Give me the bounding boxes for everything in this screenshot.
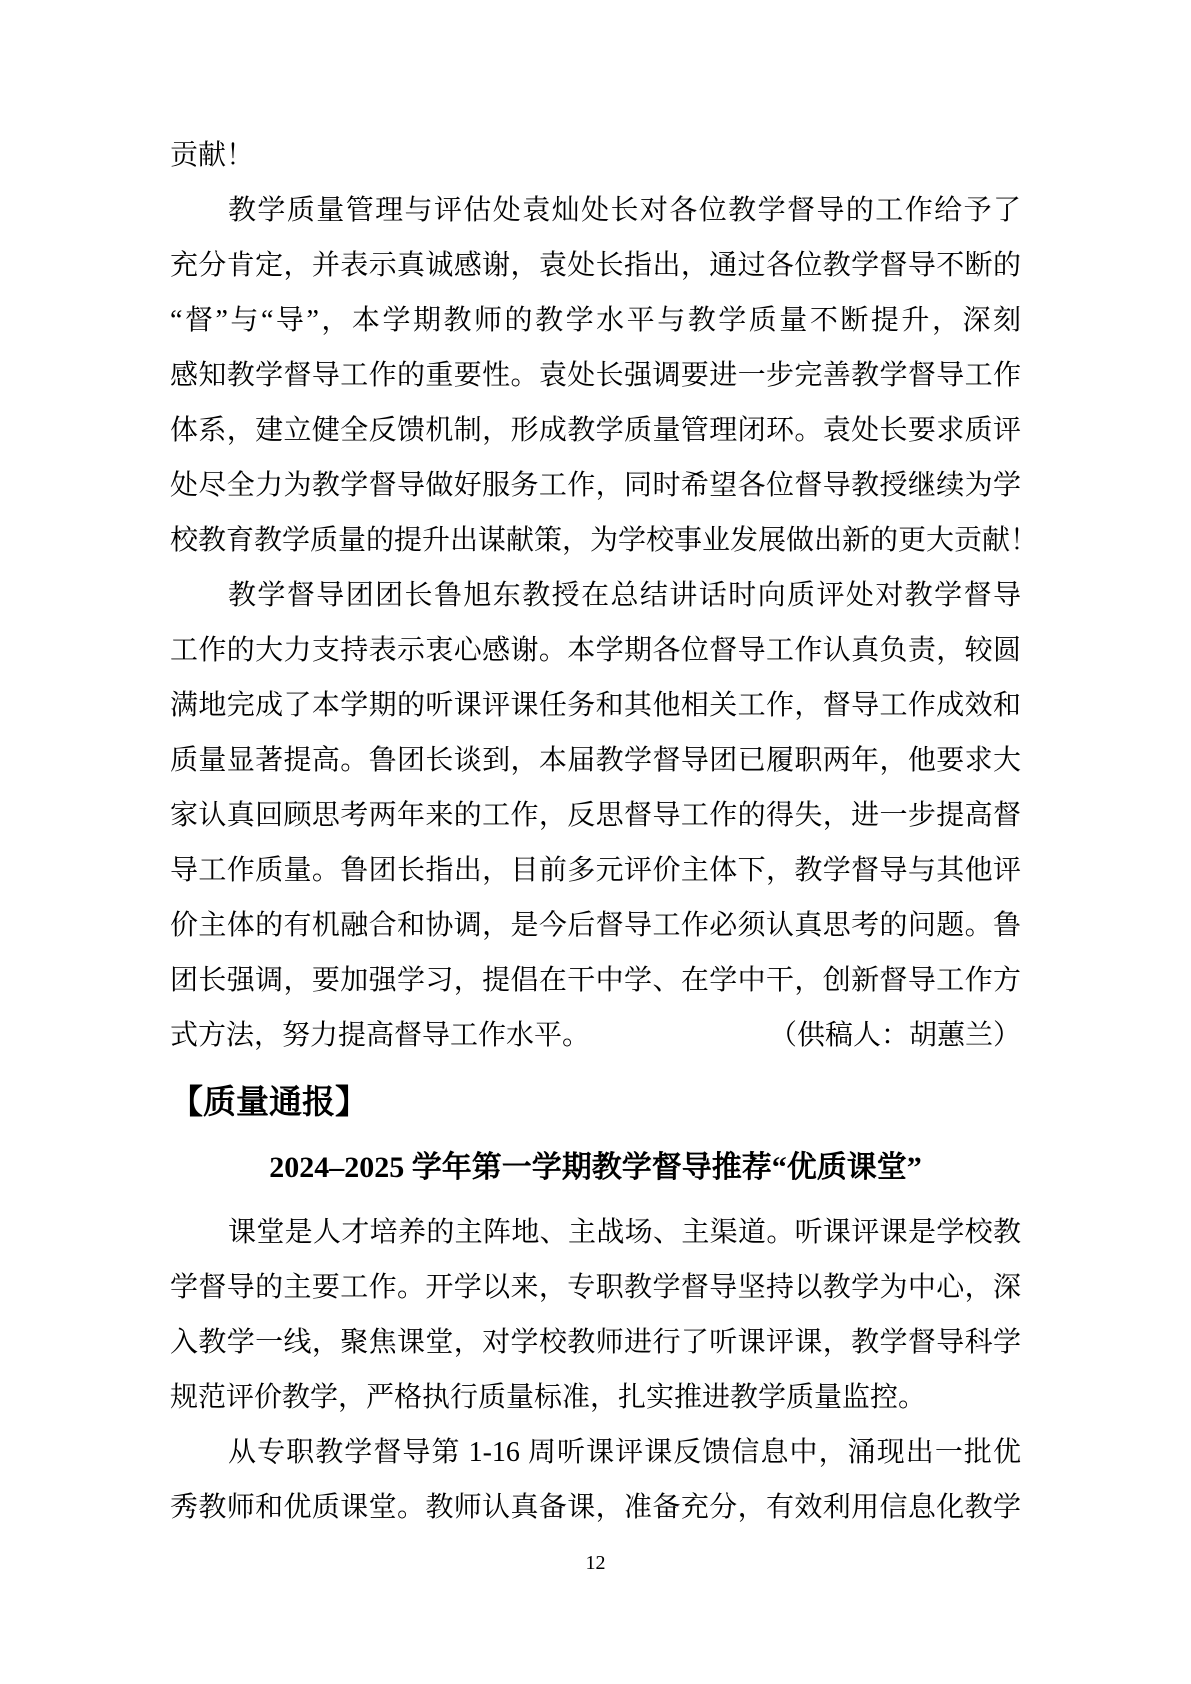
body-line: 校教育教学质量的提升出谋献策，为学校事业发展做出新的更大贡献！: [170, 513, 1021, 568]
paragraph-intro: 课堂是人才培养的主阵地、主战场、主渠道。听课评课是学校教 学督导的主要工作。开学…: [170, 1205, 1021, 1425]
page-text-block: 贡献！ 教学质量管理与评估处袁灿处长对各位教学督导的工作给予了 充分肯定，并表示…: [170, 128, 1021, 1535]
body-line: 质量显著提高。鲁团长谈到，本届教学督导团已履职两年，他要求大: [170, 733, 1021, 788]
body-line: 团长强调，要加强学习，提倡在干中学、在学中干，创新督导工作方: [170, 953, 1021, 1008]
body-line: 秀教师和优质课堂。教师认真备课，准备充分，有效利用信息化教学: [170, 1480, 1021, 1535]
body-line: 规范评价教学，严格执行质量标准，扎实推进教学质量监控。: [170, 1370, 1021, 1425]
paragraph-feedback: 从专职教学督导第 1-16 周听课评课反馈信息中，涌现出一批优 秀教师和优质课堂…: [170, 1425, 1021, 1535]
contributor-byline: （供稿人：胡蕙兰）: [769, 1008, 1021, 1063]
body-line: 导工作质量。鲁团长指出，目前多元评价主体下，教学督导与其他评: [170, 843, 1021, 898]
paragraph-yuan: 教学质量管理与评估处袁灿处长对各位教学督导的工作给予了 充分肯定，并表示真诚感谢…: [170, 183, 1021, 568]
body-line: 工作的大力支持表示衷心感谢。本学期各位督导工作认真负责，较圆: [170, 623, 1021, 678]
page-number: 12: [0, 1548, 1191, 1578]
body-line: 教学督导团团长鲁旭东教授在总结讲话时向质评处对教学督导: [170, 568, 1021, 623]
body-line: 处尽全力为教学督导做好服务工作，同时希望各位督导教授继续为学: [170, 458, 1021, 513]
body-line: 课堂是人才培养的主阵地、主战场、主渠道。听课评课是学校教: [170, 1205, 1021, 1260]
body-line: 学督导的主要工作。开学以来，专职教学督导坚持以教学为中心，深: [170, 1260, 1021, 1315]
body-line: “督”与“导”，本学期教师的教学水平与教学质量不断提升，深刻: [170, 293, 1021, 348]
body-line: 从专职教学督导第 1-16 周听课评课反馈信息中，涌现出一批优: [170, 1425, 1021, 1480]
paragraph-lu: 教学督导团团长鲁旭东教授在总结讲话时向质评处对教学督导 工作的大力支持表示衷心感…: [170, 568, 1021, 1063]
body-line: 充分肯定，并表示真诚感谢，袁处长指出，通过各位教学督导不断的: [170, 238, 1021, 293]
section-heading: 【质量通报】: [170, 1069, 1021, 1135]
body-line: 式方法，努力提高督导工作水平。: [170, 1008, 590, 1063]
body-line: 满地完成了本学期的听课评课任务和其他相关工作，督导工作成效和: [170, 678, 1021, 733]
body-line: 家认真回顾思考两年来的工作，反思督导工作的得失，进一步提高督: [170, 788, 1021, 843]
body-line: 体系，建立健全反馈机制，形成教学质量管理闭环。袁处长要求质评: [170, 403, 1021, 458]
document-page: 贡献！ 教学质量管理与评估处袁灿处长对各位教学督导的工作给予了 充分肯定，并表示…: [0, 0, 1191, 1684]
body-line: 感知教学督导工作的重要性。袁处长强调要进一步完善教学督导工作: [170, 348, 1021, 403]
article-title: 2024–2025 学年第一学期教学督导推荐“优质课堂”: [170, 1135, 1021, 1201]
body-line: 教学质量管理与评估处袁灿处长对各位教学督导的工作给予了: [170, 183, 1021, 238]
paragraph-last-line: 式方法，努力提高督导工作水平。 （供稿人：胡蕙兰）: [170, 1008, 1021, 1063]
body-line: 入教学一线，聚焦课堂，对学校教师进行了听课评课，教学督导科学: [170, 1315, 1021, 1370]
body-line: 贡献！: [170, 128, 1021, 183]
body-line: 价主体的有机融合和协调，是今后督导工作必须认真思考的问题。鲁: [170, 898, 1021, 953]
